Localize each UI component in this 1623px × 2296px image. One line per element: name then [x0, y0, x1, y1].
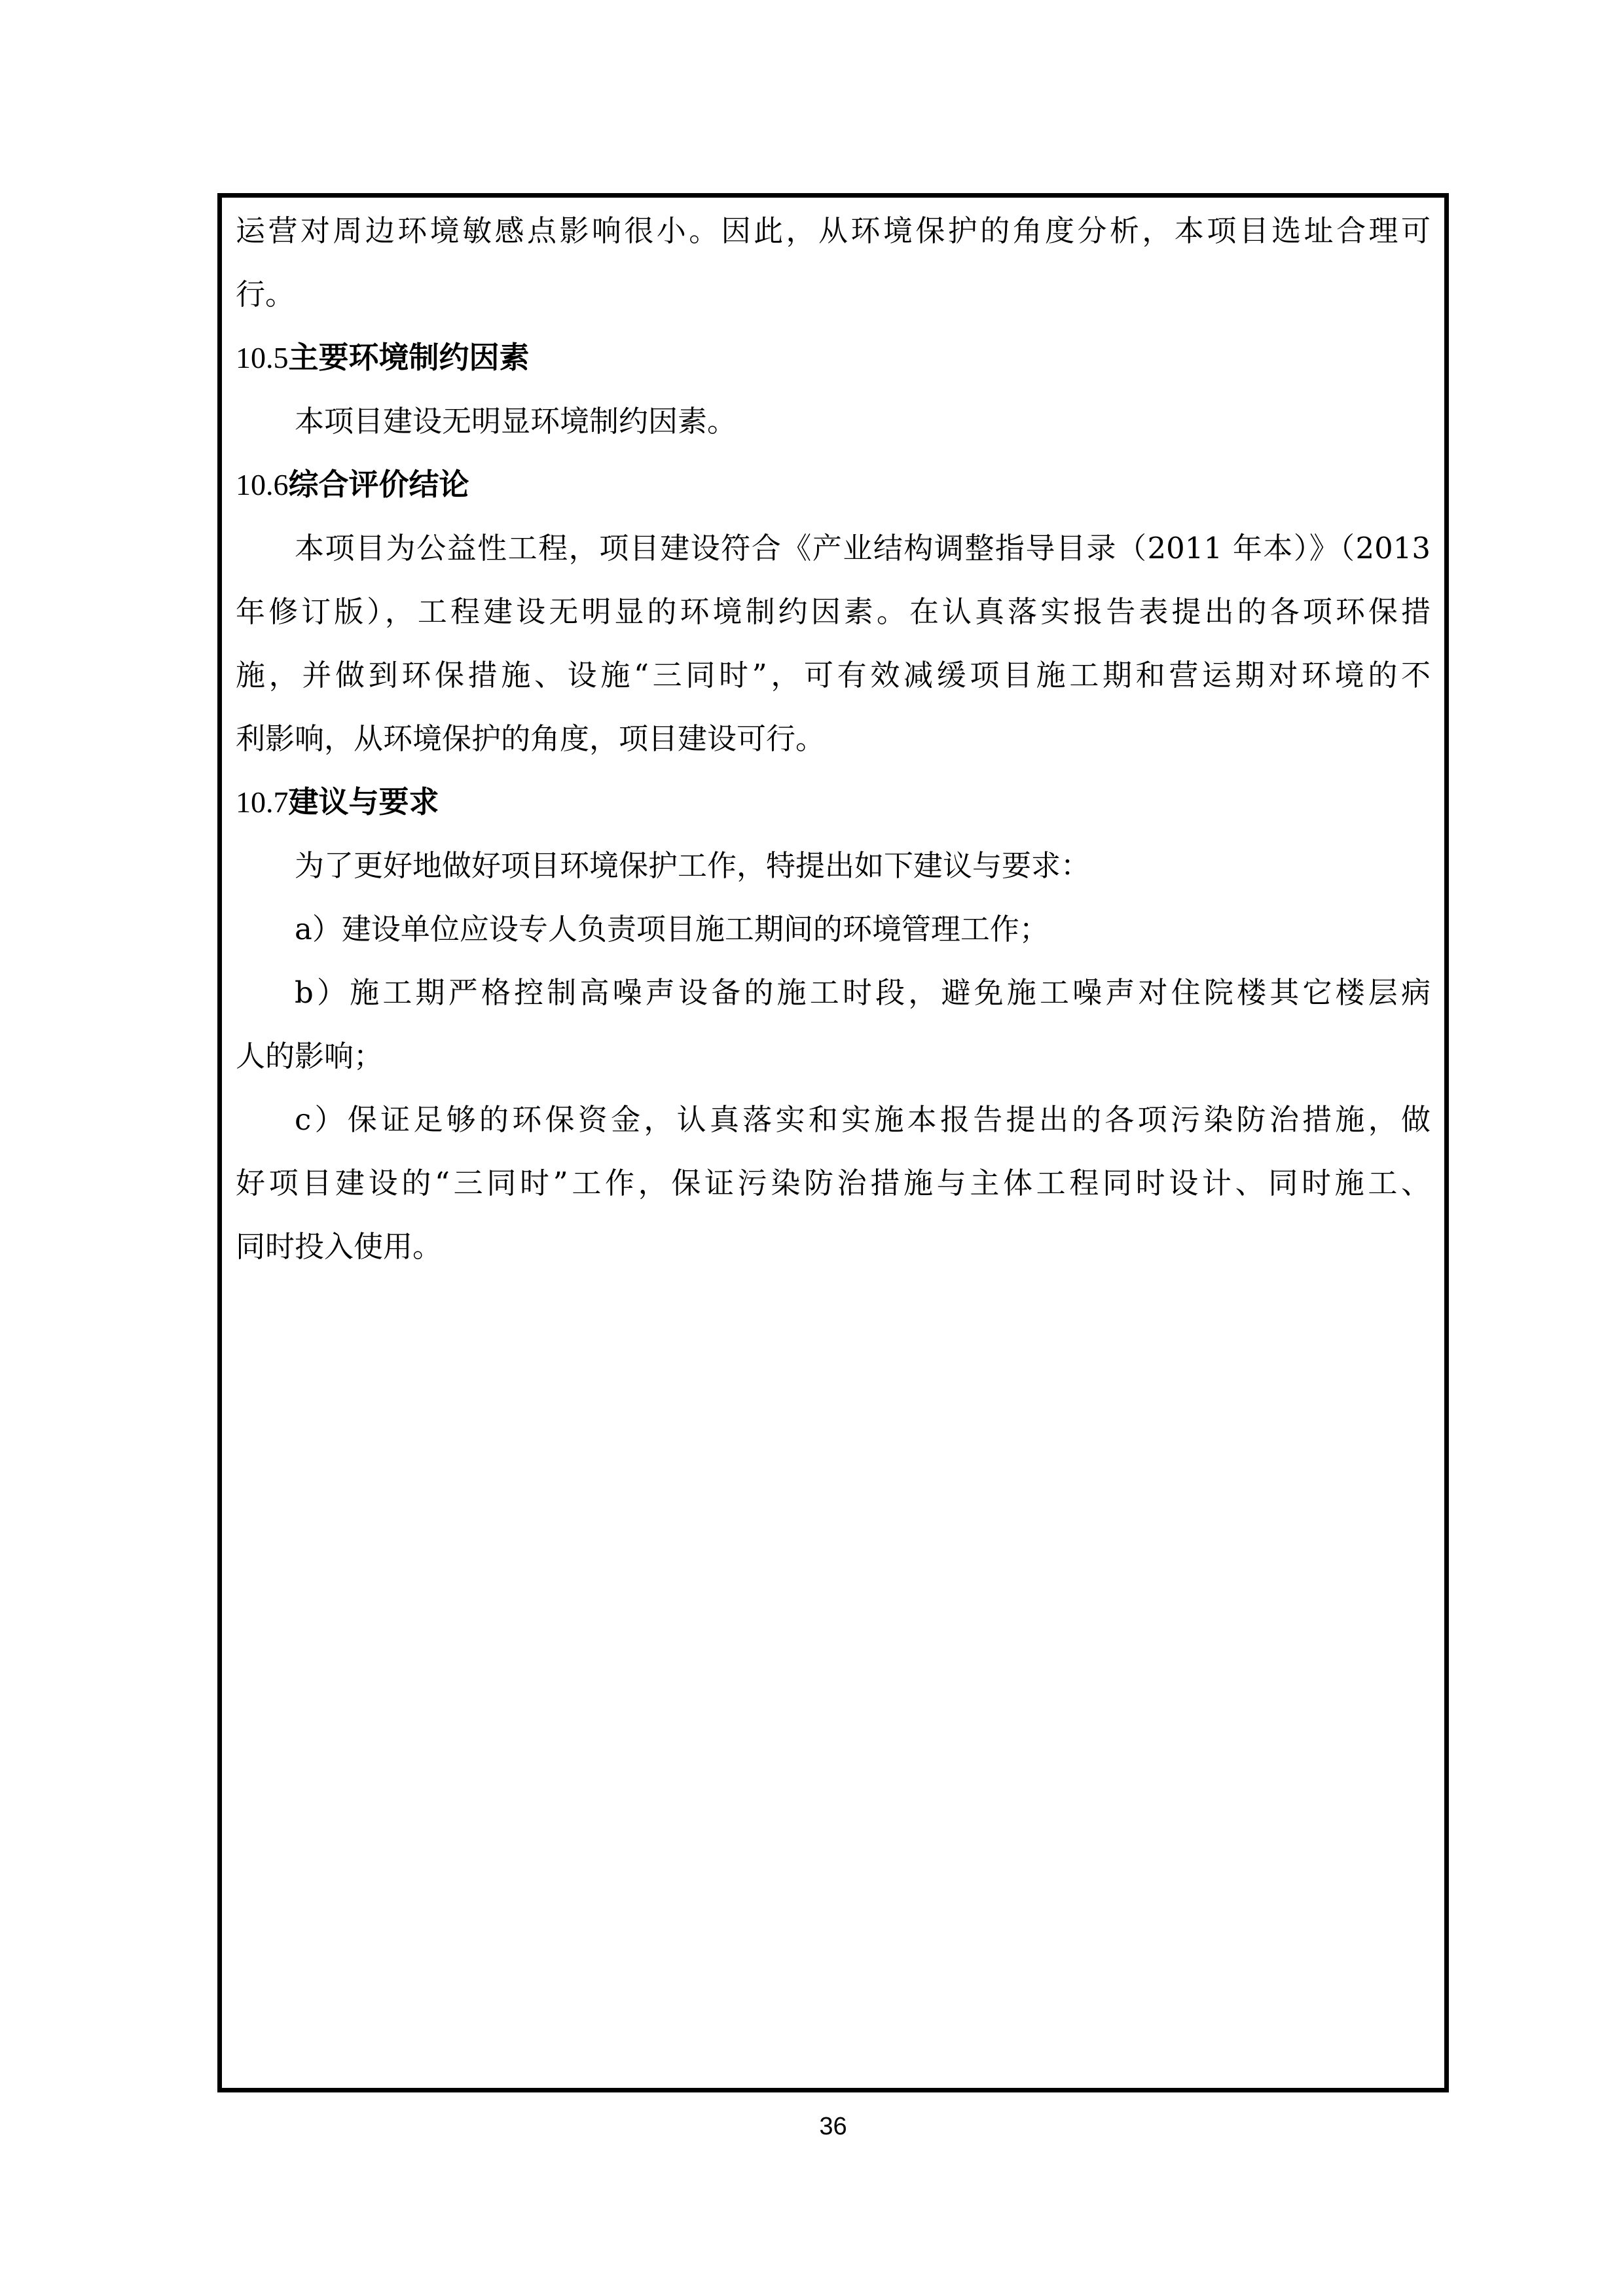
- section-title: 主要环境制约因素: [289, 340, 530, 375]
- text-line: 运营对周边环境敏感点影响很小。因此，从环境保护的角度分析，本项目选址合理可: [236, 199, 1431, 262]
- section-number: 10.7: [236, 785, 289, 819]
- text-line: 好项目建设的“三同时”工作，保证污染防治措施与主体工程同时设计、同时施工、: [236, 1151, 1431, 1215]
- text-line: 年修订版），工程建设无明显的环境制约因素。在认真落实报告表提出的各项环保措: [236, 580, 1431, 643]
- text-line: 同时投入使用。: [236, 1215, 1431, 1278]
- text-line: 行。: [236, 262, 1431, 326]
- document-page: { "page": { "number": "36" }, "colors": …: [0, 0, 1623, 2296]
- section-title: 建议与要求: [289, 784, 439, 819]
- section-title: 综合评价结论: [289, 467, 469, 502]
- section-heading: 10.5主要环境制约因素: [236, 326, 1431, 389]
- text-line: 本项目为公益性工程，项目建设符合《产业结构调整指导目录（2011 年本）》（20…: [236, 516, 1431, 580]
- text-line: a）建设单位应设专人负责项目施工期间的环境管理工作；: [236, 897, 1431, 961]
- section-heading: 10.7建议与要求: [236, 770, 1431, 834]
- text-line: c）保证足够的环保资金，认真落实和实施本报告提出的各项污染防治措施，做: [236, 1088, 1431, 1151]
- text-line: 利影响，从环境保护的角度，项目建设可行。: [236, 707, 1431, 770]
- section-heading: 10.6综合评价结论: [236, 453, 1431, 516]
- section-number: 10.6: [236, 468, 289, 501]
- text-line: 本项目建设无明显环境制约因素。: [236, 389, 1431, 453]
- text-line: 施，并做到环保措施、设施“三同时”，可有效减缓项目施工期和营运期对环境的不: [236, 643, 1431, 707]
- text-line: 人的影响；: [236, 1024, 1431, 1088]
- text-line: 为了更好地做好项目环境保护工作，特提出如下建议与要求：: [236, 834, 1431, 897]
- report-table-cell: 运营对周边环境敏感点影响很小。因此，从环境保护的角度分析，本项目选址合理可行。1…: [217, 193, 1449, 2092]
- section-number: 10.5: [236, 341, 289, 374]
- page-number: 36: [217, 2113, 1449, 2141]
- text-line: b）施工期严格控制高噪声设备的施工时段，避免施工噪声对住院楼其它楼层病: [236, 961, 1431, 1024]
